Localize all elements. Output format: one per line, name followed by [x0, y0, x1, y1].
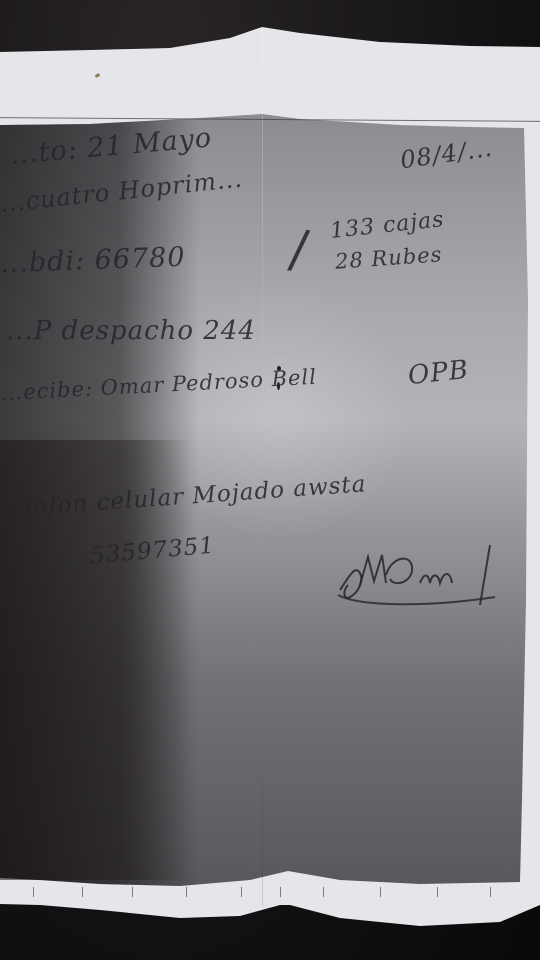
signature-icon: [330, 535, 510, 615]
tick-mark: [82, 887, 83, 897]
handwritten-line-dispatch: ...P despacho 244: [6, 316, 256, 346]
tick-mark: [323, 887, 324, 897]
tick-mark: [186, 887, 187, 897]
tick-mark: [33, 887, 34, 897]
tick-mark: [280, 887, 281, 897]
tick-mark: [241, 887, 242, 897]
tick-mark: [132, 887, 133, 897]
paper-fold-line: [262, 27, 263, 907]
tick-mark: [437, 887, 438, 897]
tick-mark: [490, 887, 491, 897]
handwritten-line-3-number: ...bdi: 66780: [0, 242, 186, 279]
bottom-tick-strip: [0, 887, 540, 907]
handwritten-initials: OPB: [407, 355, 471, 391]
tick-mark: [380, 887, 381, 897]
